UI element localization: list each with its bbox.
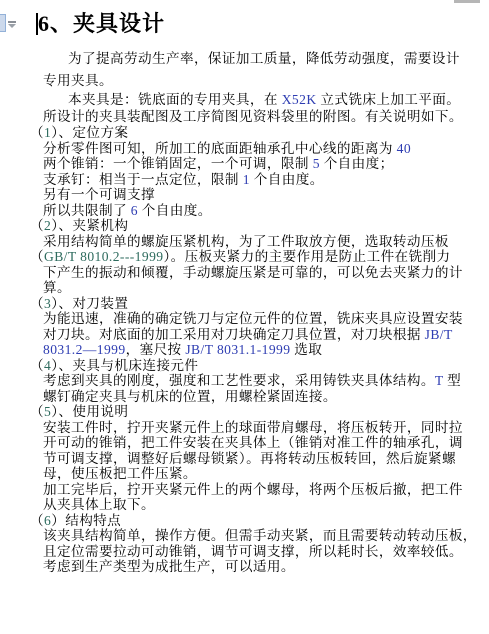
scroll-fragment [454, 0, 480, 3]
paste-options-icon[interactable] [0, 14, 6, 32]
latin-run: JB/T [425, 327, 453, 342]
heading-number: 6 [38, 11, 50, 36]
latin-run: 5 [313, 156, 320, 171]
text-line: （3）、对刀装置 [30, 296, 483, 312]
cjk-run: ）、使用说明 [51, 404, 128, 419]
text-line: 考虑到生产类型为成批生产，可以适用。 [43, 559, 483, 575]
latin-run: 1 [243, 172, 250, 187]
cjk-run: （ [30, 296, 44, 311]
cjk-run: 分析零件图可知，所加工的底面距轴承孔中心线的距离为 [43, 141, 397, 156]
latin-run: GB/T 8010.2---1999 [44, 249, 163, 264]
text-line: 本夹具是：铣底面的专用夹具，在 X52K 立式铣床上加工平面。 [43, 92, 483, 109]
cjk-run: 加工完毕后，拧开夹紧元件上的两个螺母，将两个压板后撤，把工件 [43, 482, 463, 497]
cjk-run: ）、定位方案 [51, 125, 128, 140]
latin-run: X52K [282, 92, 317, 107]
text-line: 另有一个可调支撑 [43, 187, 483, 203]
text-line: 分析零件图可知，所加工的底面距轴承孔中心线的距离为 40 [43, 141, 483, 157]
cjk-run: 节可调支撑，调整好后螺母锁紧）。再将转动压板转回，然后旋紧螺 [43, 451, 456, 466]
cjk-run: （ [30, 218, 44, 233]
text-line: 母，使压板把工件压紧。 [43, 466, 483, 482]
text-line: 支承钉：相当于一点定位，限制 1 个自由度。 [43, 172, 483, 188]
cjk-run: 型 [443, 373, 461, 388]
cjk-run: 从夹具体上取下。 [43, 497, 155, 512]
text-line: 为了提高劳动生产率，保证加工质量，降低劳动强度，需要设计 [43, 48, 483, 70]
cjk-run: 专用夹具。 [43, 73, 113, 88]
text-line: 8031.2—1999，塞尺按 JB/T 8031.1-1999 选取 [43, 342, 483, 358]
chevron-triangle [8, 24, 16, 28]
text-line: 下产生的振动和倾覆，手动螺旋压紧是可靠的，可以免去夹紧力的计 [43, 265, 483, 281]
text-line: 安装工件时，拧开夹紧元件上的球面带肩螺母，将压板转开，同时拉 [43, 420, 483, 436]
cjk-run: （ [30, 358, 44, 373]
cjk-run: 安装工件时，拧开夹紧元件上的球面带肩螺母，将压板转开，同时拉 [43, 420, 463, 435]
text-cursor [36, 13, 38, 35]
page-title: 6、夹具设计 [38, 11, 483, 37]
heading-text: 、夹具设计 [50, 11, 165, 36]
text-line: 节可调支撑，调整好后螺母锁紧）。再将转动压板转回，然后旋紧螺 [43, 451, 483, 467]
cjk-run: （ [30, 513, 44, 528]
cjk-run: 选取 [290, 342, 322, 357]
text-line: 所以共限制了 6 个自由度。 [43, 203, 483, 219]
text-line: （2）、夹紧机构 [30, 218, 483, 234]
cjk-run: 个自由度； [320, 156, 394, 171]
cjk-run: 为了提高劳动生产率，保证加工质量，降低劳动强度，需要设计 [68, 51, 460, 66]
cjk-run: 为能迅速，准确的确定铣刀与定位元件的位置，铣床夹具应设置安装 [43, 311, 463, 326]
text-line: 开可动的锥销，把工件安装在夹具体上（锥销对准工件的轴承孔，调 [43, 435, 483, 451]
cjk-run: ）、对刀装置 [51, 296, 128, 311]
text-line: 该夹具结构简单，操作方便。但需手动夹紧，而且需要转动转动压板， [43, 528, 483, 544]
cjk-run: ）、夹紧机构 [51, 218, 128, 233]
cjk-run: 支承钉：相当于一点定位，限制 [43, 172, 243, 187]
latin-run: JB/T 8031.1-1999 [185, 342, 290, 357]
cjk-run: 考虑到夹具的刚度，强度和工艺性要求，采用铸铁夹具体结构。 [43, 373, 435, 388]
cjk-run: 采用结构简单的螺旋压紧机构，为了工件取放方便，选取转动压板 [43, 234, 449, 249]
cjk-run: （ [30, 249, 44, 264]
cjk-run: （ [30, 125, 44, 140]
cjk-run: ，塞尺按 [126, 342, 186, 357]
cjk-run: 所以共限制了 [43, 203, 131, 218]
text-line: （6）结构特点 [30, 513, 483, 529]
latin-run: 6 [131, 203, 138, 218]
text-line: （4）、夹具与机床连接元件 [30, 358, 483, 374]
cjk-run: 母，使压板把工件压紧。 [43, 466, 197, 481]
cjk-run: 下产生的振动和倾覆，手动螺旋压紧是可靠的，可以免去夹紧力的计 [43, 265, 463, 280]
cjk-run: 开可动的锥销，把工件安装在夹具体上（锥销对准工件的轴承孔，调 [43, 435, 463, 450]
text-line: （1）、定位方案 [30, 125, 483, 141]
cjk-run: 两个锥销：一个锥销固定，一个可调，限制 [43, 156, 313, 171]
text-line: 且定位需要拉动可动锥销，调节可调支撑，所以耗时长，效率较低。 [43, 544, 483, 560]
text-line: 螺钉确定夹具与机床的位置，用螺栓紧固连接。 [43, 389, 483, 405]
text-line: 所设计的夹具装配图及工序简图见资料袋里的附图。有关说明如下。 [43, 109, 483, 126]
text-line: （GB/T 8010.2---1999）。压板夹紧力的主要作用是防止工件在铣削力 [30, 249, 483, 265]
cjk-run: ）。压板夹紧力的主要作用是防止工件在铣削力 [163, 249, 450, 264]
text-line: 加工完毕后，拧开夹紧元件上的两个螺母，将两个压板后撤，把工件 [43, 482, 483, 498]
chevron-bar [8, 21, 16, 23]
cjk-run: 个自由度。 [138, 203, 212, 218]
text-line: 两个锥销：一个锥销固定，一个可调，限制 5 个自由度； [43, 156, 483, 172]
cjk-run: （ [30, 404, 44, 419]
cjk-run: 且定位需要拉动可动锥销，调节可调支撑，所以耗时长，效率较低。 [43, 544, 463, 559]
cjk-run: 螺钉确定夹具与机床的位置，用螺栓紧固连接。 [43, 389, 337, 404]
cjk-run: 对刀块。对底面的加工采用对刀块确定刀具位置，对刀块根据 [43, 327, 425, 342]
text-line: 采用结构简单的螺旋压紧机构，为了工件取放方便，选取转动压板 [43, 234, 483, 250]
text-line: 从夹具体上取下。 [43, 497, 483, 513]
text-line: 对刀块。对底面的加工采用对刀块确定刀具位置，对刀块根据 JB/T [43, 327, 483, 343]
text-line: 专用夹具。 [43, 70, 483, 92]
cjk-run: 该夹具结构简单，操作方便。但需手动夹紧，而且需要转动转动压板， [43, 528, 477, 543]
text-lines-container: 为了提高劳动生产率，保证加工质量，降低劳动强度，需要设计专用夹具。本夹具是：铣底… [43, 48, 483, 575]
cjk-run: 考虑到生产类型为成批生产，可以适用。 [43, 559, 295, 574]
cjk-run: ）结构特点 [51, 513, 121, 528]
cjk-run: 另有一个可调支撑 [43, 187, 155, 202]
document-page: 6、夹具设计 为了提高劳动生产率，保证加工质量，降低劳动强度，需要设计专用夹具。… [0, 0, 489, 634]
text-line: 考虑到夹具的刚度，强度和工艺性要求，采用铸铁夹具体结构。T 型 [43, 373, 483, 389]
text-line: 算。 [43, 280, 483, 296]
latin-run: 40 [397, 141, 411, 156]
cjk-run: 立式铣床上加工平面。 [317, 92, 461, 107]
cjk-run: 本夹具是：铣底面的专用夹具，在 [68, 92, 282, 107]
cjk-run: 所设计的夹具装配图及工序简图见资料袋里的附图。有关说明如下。 [43, 109, 463, 124]
latin-run: 8031.2—1999 [43, 342, 126, 357]
chevron-down-icon[interactable] [8, 21, 16, 28]
cjk-run: ）、夹具与机床连接元件 [51, 358, 198, 373]
text-line: （5）、使用说明 [30, 404, 483, 420]
document-body: 6、夹具设计 为了提高劳动生产率，保证加工质量，降低劳动强度，需要设计专用夹具。… [43, 11, 483, 575]
cjk-run: 个自由度。 [250, 172, 324, 187]
text-line: 为能迅速，准确的确定铣刀与定位元件的位置，铣床夹具应设置安装 [43, 311, 483, 327]
cjk-run: 算。 [43, 280, 71, 295]
